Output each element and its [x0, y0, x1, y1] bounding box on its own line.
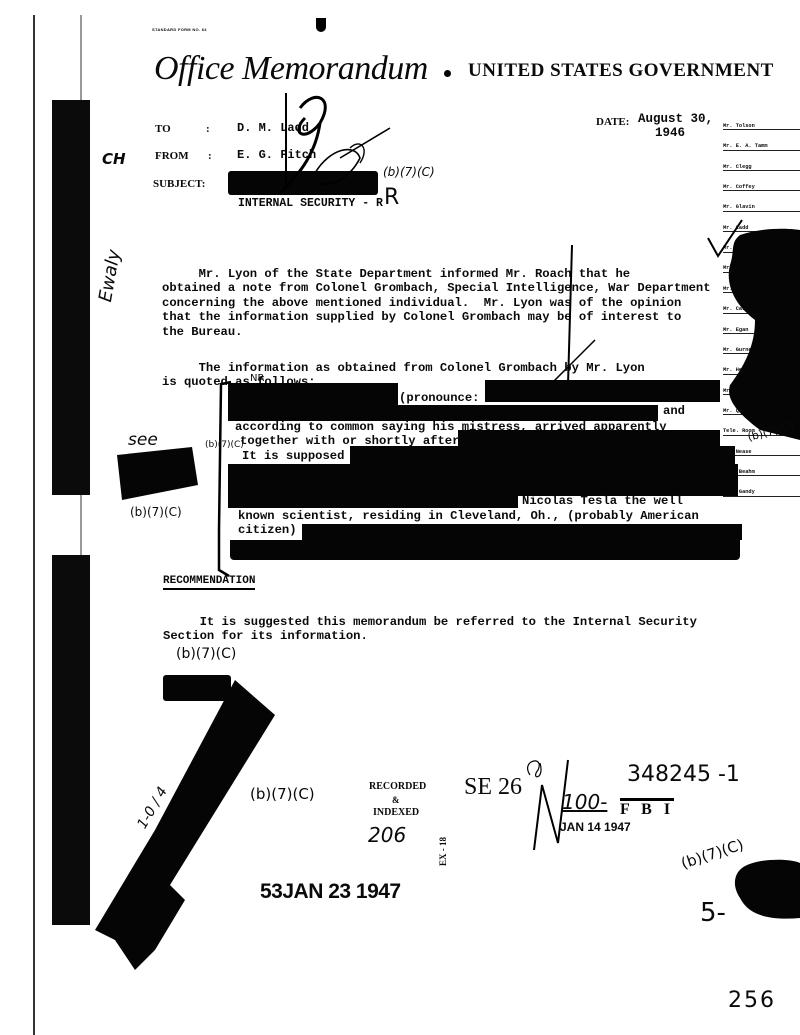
- page-number: 256: [728, 988, 776, 1013]
- serial-stamp: SE 26: [464, 774, 522, 801]
- handwritten-5: 5-: [700, 898, 726, 928]
- exemption-note: (b)(7)(C): [250, 785, 315, 803]
- subject-value: INTERNAL SECURITY - R: [238, 197, 383, 210]
- date-value: August 30,: [638, 112, 713, 126]
- routing-entry: Mr. Tolson: [723, 123, 800, 130]
- recommendation-heading: RECOMMENDATION: [163, 575, 255, 590]
- quote-line-scientist: known scientist, residing in Cleveland, …: [238, 509, 699, 524]
- date-year: 1946: [655, 126, 685, 140]
- redaction-block: [228, 405, 658, 421]
- redaction-block: [302, 524, 742, 540]
- checkmark-icon: [706, 218, 746, 263]
- redaction-block: [230, 540, 740, 560]
- redaction-block: [228, 494, 518, 508]
- handwritten-initials: CH: [102, 150, 126, 168]
- quote-line-supposed: It is supposed: [242, 449, 344, 464]
- memo-title: Office Memorandum: [154, 50, 428, 88]
- redaction-block: [95, 680, 275, 980]
- routing-entry: Mr. Coffey: [723, 184, 800, 191]
- routing-entry: Mr. Clegg: [723, 164, 800, 171]
- recorded-amp: &: [392, 795, 400, 805]
- quote-line-citizen: citizen): [238, 523, 297, 538]
- handwritten-initials-scrawl: [260, 88, 400, 198]
- routing-entry: Mr. E. A. Tamm: [723, 143, 800, 150]
- quote-and: and: [663, 404, 685, 419]
- fbi-stamp: F B I: [620, 798, 674, 819]
- ex-stamp: EX - 18: [438, 837, 448, 866]
- punch-hole-mark: [316, 18, 326, 32]
- date-stamp-jan23: 53JAN 23 1947: [260, 880, 401, 904]
- to-label: TO: [155, 123, 171, 135]
- quote-line-tesla: Nicolas Tesla the well: [522, 494, 683, 509]
- routing-entry: Mr. Glavin: [723, 204, 800, 211]
- from-colon: :: [208, 150, 212, 162]
- date-stamp-jan14: JAN 14 1947: [560, 820, 631, 834]
- to-colon: :: [206, 123, 210, 135]
- redaction-block: [350, 446, 735, 464]
- handwritten-signature: Ewaly: [95, 248, 125, 304]
- quote-pronounce: (pronounce:: [399, 391, 479, 406]
- body-paragraph-1: Mr. Lyon of the State Department informe…: [162, 252, 711, 354]
- subject-label: SUBJECT:: [153, 178, 205, 190]
- redaction-block: [228, 464, 738, 496]
- exemption-note: (b)(7)(C): [383, 165, 435, 179]
- title-separator: [444, 70, 451, 77]
- recommendation-paragraph: It is suggested this memorandum be refer…: [163, 600, 697, 658]
- date-label: DATE:: [596, 116, 629, 128]
- file-prefix: 100-: [562, 790, 607, 814]
- indexed-number: 206: [368, 823, 406, 847]
- binder-tab: [52, 555, 90, 925]
- recorded-stamp: RECORDED: [369, 781, 426, 792]
- binder-tab: [52, 250, 90, 495]
- redaction-block: [112, 445, 202, 505]
- exemption-note: (b)(7)(C): [176, 646, 236, 662]
- handwritten-r: R: [384, 185, 399, 210]
- exemption-note: (b)(7)(C): [130, 505, 182, 519]
- binder-tab: [52, 100, 90, 250]
- indexed-stamp: INDEXED: [373, 807, 419, 818]
- redaction-block: [485, 380, 720, 402]
- scan-edge-line: [33, 15, 35, 1035]
- form-number: STANDARD FORM NO. 64: [152, 27, 207, 32]
- file-number: 348245 -1: [627, 762, 740, 787]
- government-heading: UNITED STATES GOVERNMENT: [468, 60, 774, 82]
- redaction-block: [730, 858, 800, 923]
- exemption-note: (b)(7)(C): [205, 440, 244, 450]
- from-label: FROM: [155, 150, 189, 162]
